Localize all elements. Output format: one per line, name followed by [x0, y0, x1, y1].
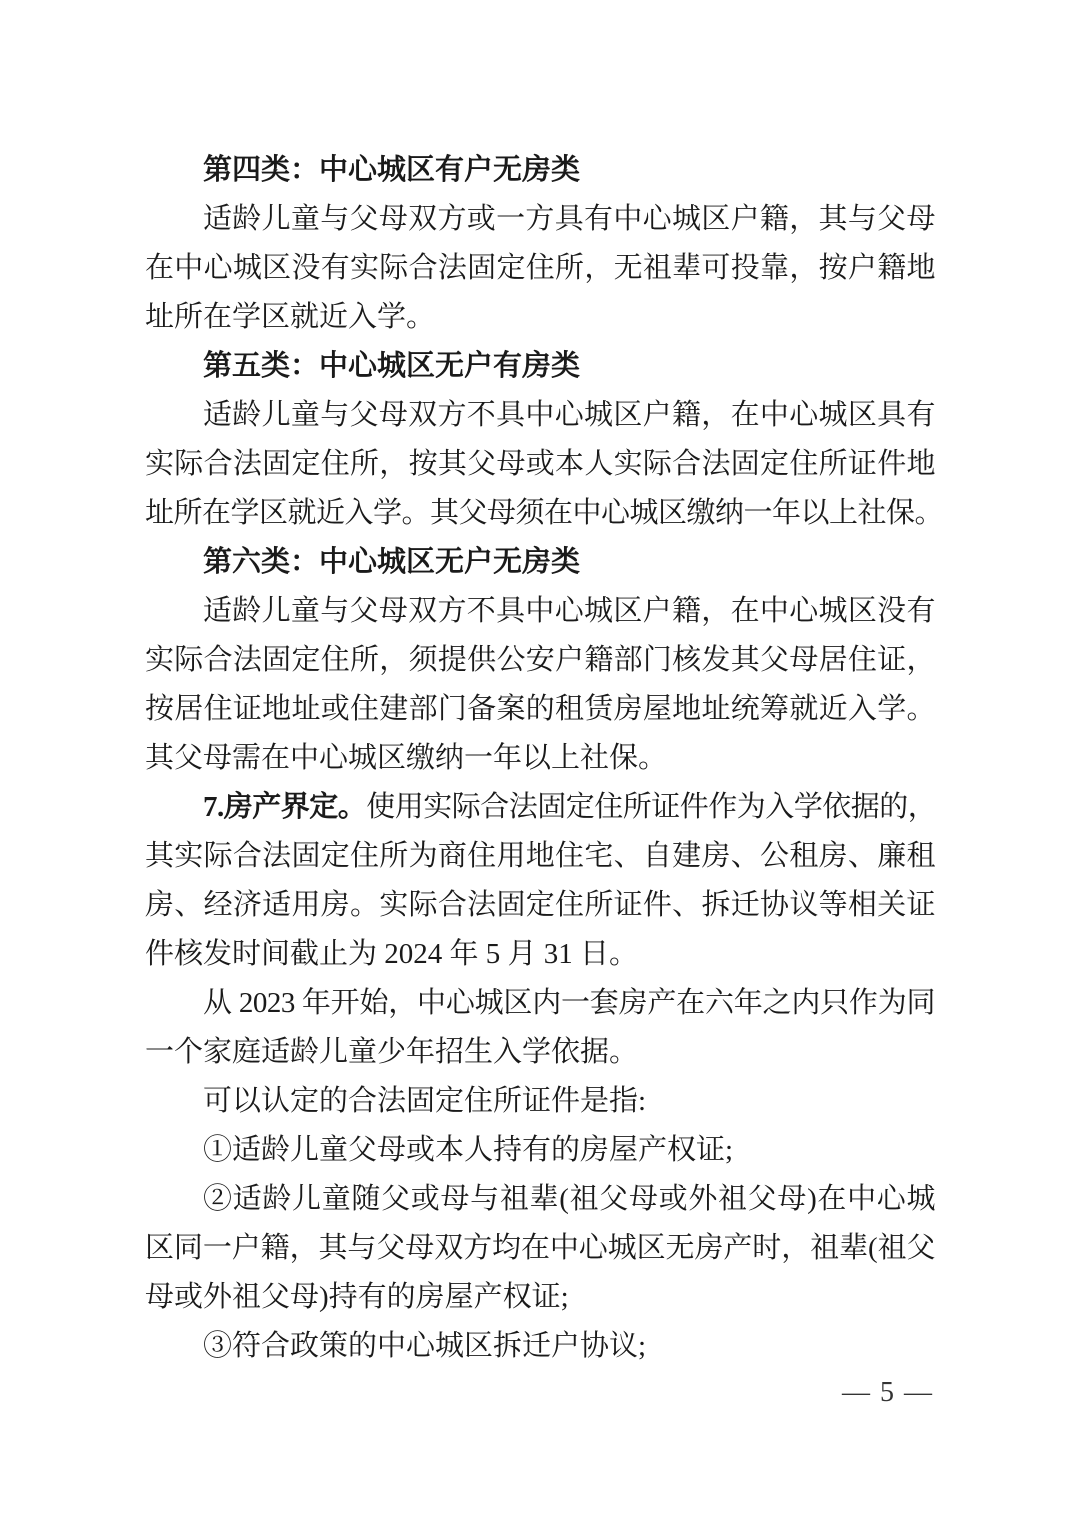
- category-6-line-3: 按居住证地址或住建部门备案的租赁房屋地址统筹就近入学。: [145, 685, 935, 734]
- certificate-item-2-line-1: ②适龄儿童随父或母与祖辈(祖父母或外祖父母)在中心城: [145, 1175, 935, 1224]
- category-6-line-1: 适龄儿童与父母双方不具中心城区户籍，在中心城区没有: [145, 587, 935, 636]
- page-number-dash-right: —: [904, 1378, 932, 1408]
- document-page: 第四类：中心城区有户无房类 适龄儿童与父母双方或一方具有中心城区户籍，其与父母 …: [0, 0, 1074, 1520]
- page-footer: — 5 —: [842, 1378, 932, 1408]
- category-5-line-2: 实际合法固定住所，按其父母或本人实际合法固定住所证件地: [145, 440, 935, 489]
- certificate-item-1: ①适龄儿童父母或本人持有的房屋产权证;: [145, 1126, 935, 1175]
- category-6-line-4: 其父母需在中心城区缴纳一年以上社保。: [145, 734, 935, 783]
- category-6-line-2: 实际合法固定住所，须提供公安户籍部门核发其父母居住证，: [145, 636, 935, 685]
- page-number: 5: [880, 1378, 894, 1408]
- property-definition-heading: 7.房产界定。: [203, 791, 366, 823]
- category-5-line-3: 址所在学区就近入学。其父母须在中心城区缴纳一年以上社保。: [145, 489, 935, 538]
- property-definition-line-1: 7.房产界定。使用实际合法固定住所证件作为入学依据的，: [145, 783, 935, 832]
- category-6-heading: 第六类：中心城区无户无房类: [145, 538, 935, 587]
- page-number-dash-left: —: [842, 1378, 870, 1408]
- category-4-line-3: 址所在学区就近入学。: [145, 293, 935, 342]
- six-year-rule-line-1: 从 2023 年开始，中心城区内一套房产在六年之内只作为同: [145, 979, 935, 1028]
- property-definition-text: 使用实际合法固定住所证件作为入学依据的，: [366, 791, 936, 823]
- category-4-line-1: 适龄儿童与父母双方或一方具有中心城区户籍，其与父母: [145, 195, 935, 244]
- category-4-line-2: 在中心城区没有实际合法固定住所，无祖辈可投靠，按户籍地: [145, 244, 935, 293]
- certificate-item-2-line-3: 母或外祖父母)持有的房屋产权证;: [145, 1273, 935, 1322]
- category-4-heading: 第四类：中心城区有户无房类: [145, 146, 935, 195]
- six-year-rule-line-2: 一个家庭适龄儿童少年招生入学依据。: [145, 1028, 935, 1077]
- document-text: 第四类：中心城区有户无房类 适龄儿童与父母双方或一方具有中心城区户籍，其与父母 …: [145, 146, 935, 1371]
- property-definition-line-4: 件核发时间截止为 2024 年 5 月 31 日。: [145, 930, 935, 979]
- property-definition-line-2: 其实际合法固定住所为商住用地住宅、自建房、公租房、廉租: [145, 832, 935, 881]
- category-5-heading: 第五类：中心城区无户有房类: [145, 342, 935, 391]
- property-definition-line-3: 房、经济适用房。实际合法固定住所证件、拆迁协议等相关证: [145, 881, 935, 930]
- certificate-intro-line: 可以认定的合法固定住所证件是指:: [145, 1077, 935, 1126]
- certificate-item-2-line-2: 区同一户籍，其与父母双方均在中心城区无房产时，祖辈(祖父: [145, 1224, 935, 1273]
- certificate-item-3: ③符合政策的中心城区拆迁户协议;: [145, 1322, 935, 1371]
- category-5-line-1: 适龄儿童与父母双方不具中心城区户籍，在中心城区具有: [145, 391, 935, 440]
